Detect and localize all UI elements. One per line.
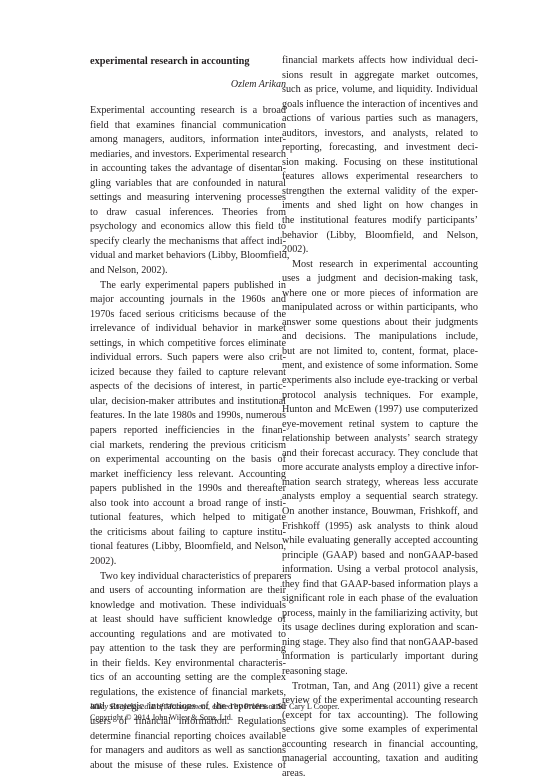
text-line: protocol analysis techniques. For exampl… — [282, 389, 478, 404]
text-line: mediaries, and investors. Experimental r… — [90, 148, 286, 163]
text-line: process, mainly in the familiarizing act… — [282, 607, 478, 622]
text-line: sion making. Focusing on these instituti… — [282, 156, 478, 171]
text-line: principle (GAAP) based and nonGAAP-based — [282, 549, 478, 564]
entry-title: experimental research in accounting — [90, 54, 286, 69]
text-line: such as price, volume, and liquidity. In… — [282, 83, 478, 98]
text-line: information. Using a verbal protocol ana… — [282, 563, 478, 578]
left-column: experimental research in accounting Ozle… — [90, 54, 286, 773]
text-line: features. In the late 1980s and 1990s, n… — [90, 409, 286, 424]
text-line: and Nelson, 2002). — [90, 264, 286, 279]
text-line: and their forecast accuracy. They conclu… — [282, 447, 478, 462]
text-line: icized because they failed to capture re… — [90, 366, 286, 381]
right-column: financial markets affects how individual… — [282, 54, 478, 777]
text-line: determine financial reporting choices av… — [90, 730, 286, 745]
text-line: to draw casual inferences. Theories from — [90, 206, 286, 221]
text-line: cial markets, rendering the previous cri… — [90, 439, 286, 454]
text-line: actions of various parties such as manag… — [282, 112, 478, 127]
text-line: tics of an accounting setting are the co… — [90, 671, 286, 686]
text-line: accounting regulations and are motivated… — [90, 628, 286, 643]
text-line: significant role in each phase of the ev… — [282, 592, 478, 607]
text-line: in accounting takes the advantage of dis… — [90, 162, 286, 177]
text-line: mation search strategy, whereas less acc… — [282, 476, 478, 491]
text-line: also took into account a broad range of … — [90, 497, 286, 512]
text-line: settings, in which competitive forces el… — [90, 337, 286, 352]
text-line: managerial accounting, taxation and audi… — [282, 752, 478, 767]
author-name: Ozlem Arikan — [90, 77, 286, 92]
text-line: eye-movement retinal system to capture t… — [282, 418, 478, 433]
text-line: analysts employ a sequential search stra… — [282, 490, 478, 505]
text-line: but are not limited to, content, format,… — [282, 345, 478, 360]
text-line: regulations, the existence of financial … — [90, 686, 286, 701]
text-line: vidual and market behaviors (Libby, Bloo… — [90, 249, 286, 264]
text-line: for managers and auditors as well as san… — [90, 744, 286, 759]
text-line: where one or more pieces of information … — [282, 287, 478, 302]
text-line: at least should have sufficient knowledg… — [90, 613, 286, 628]
copyright-notice: Copyright © 2014 John Wiley & Sons, Ltd. — [90, 712, 339, 723]
text-line: about the misuse of these rules. Existen… — [90, 759, 286, 774]
text-line: psychology and economics allow this fiel… — [90, 220, 286, 235]
text-line: individual errors. Such papers were also… — [90, 351, 286, 366]
text-line: and users of accounting information are … — [90, 584, 286, 599]
text-line: Experimental accounting research is a br… — [90, 104, 286, 119]
text-line: features allows experimental researchers… — [282, 170, 478, 185]
text-line: strengthen the external validity of the … — [282, 185, 478, 200]
text-line: ment, and existence of some information.… — [282, 359, 478, 374]
text-line: experiments also include eye-tracking or… — [282, 374, 478, 389]
text-line: On another instance, Bouwman, Frishkoff,… — [282, 505, 478, 520]
text-line: its usage declines during exploration an… — [282, 621, 478, 636]
text-line: tutional features, which helped to mitig… — [90, 511, 286, 526]
text-line: among managers, auditors, information in… — [90, 133, 286, 148]
text-line: specify clearly the mechanisms that affe… — [90, 235, 286, 250]
text-line: tional features (Libby, Bloomfield, and … — [90, 540, 286, 555]
page-footer: Wiley Encyclopedia of Management, edited… — [90, 701, 339, 723]
text-line: Hunton and McEwen (1997) use computerize… — [282, 403, 478, 418]
text-line: reporting, forecasting, and investment d… — [282, 141, 478, 156]
text-line: auditors, investors, and analysts, relat… — [282, 127, 478, 142]
text-line: areas. — [282, 767, 478, 777]
left-column-body: Experimental accounting research is a br… — [90, 104, 286, 773]
text-line: The early experimental papers published … — [90, 279, 286, 294]
text-line: ular, decision-maker attributes and inst… — [90, 395, 286, 410]
text-line: and decisions. The manipulations include… — [282, 330, 478, 345]
text-line: reasoning stage. — [282, 665, 478, 680]
text-line: 2002). — [90, 555, 286, 570]
text-line: information is particularly important du… — [282, 650, 478, 665]
right-column-body: financial markets affects how individual… — [282, 54, 478, 777]
text-line: irrelevance of individual behavior in ma… — [90, 322, 286, 337]
text-line: 1970s faced serious criticisms because o… — [90, 308, 286, 323]
text-line: behavior (Libby, Bloomfield, and Nelson, — [282, 229, 478, 244]
text-line: 2002). — [282, 243, 478, 258]
text-line: iments and shed light on how changes in — [282, 199, 478, 214]
text-line: gling variables that are confounded in n… — [90, 177, 286, 192]
text-line: manipulated across or within participant… — [282, 301, 478, 316]
text-line: settings and measuring intervening proce… — [90, 191, 286, 206]
text-line: aspects of the decisions of interest, in… — [90, 380, 286, 395]
text-line: the institutional features modify partic… — [282, 214, 478, 229]
text-line: papers reported inefficiencies in the fi… — [90, 424, 286, 439]
text-line: Frishkoff (1995) ask analysts to think a… — [282, 520, 478, 535]
text-line: field that examines financial communicat… — [90, 119, 286, 134]
text-line: they find that GAAP-based information pl… — [282, 578, 478, 593]
text-line: Trotman, Tan, and Ang (2011) give a rece… — [282, 680, 478, 695]
text-line: the criticisms about failing to capture … — [90, 526, 286, 541]
text-line: more accurate analysts employ a directiv… — [282, 461, 478, 476]
text-line: pay attention to the task they are perfo… — [90, 642, 286, 657]
text-line: sections give some examples of experimen… — [282, 723, 478, 738]
text-line: major accounting journals in the 1960s a… — [90, 293, 286, 308]
text-line: knowledge and motivation. These individu… — [90, 599, 286, 614]
footer-citation: Wiley Encyclopedia of Management, edited… — [90, 701, 339, 712]
text-line: uses a judgment and decision-making task… — [282, 272, 478, 287]
text-line: goals influence the interaction of incen… — [282, 98, 478, 113]
publication-title: Wiley Encyclopedia of Management — [90, 702, 208, 711]
text-line: answer some questions about their judgme… — [282, 316, 478, 331]
editor-text: , edited by Professor Sir Cary L Cooper. — [208, 702, 339, 711]
text-line: accounting research in financial account… — [282, 738, 478, 753]
text-line: Most research in experimental accounting — [282, 258, 478, 273]
text-line: in their fields. Key environmental chara… — [90, 657, 286, 672]
text-line: relationship between analysts’ search st… — [282, 432, 478, 447]
text-line: financial markets affects how individual… — [282, 54, 478, 69]
text-line: ning stage. They also find that nonGAAP-… — [282, 636, 478, 651]
text-line: on experimental accounting on the basis … — [90, 453, 286, 468]
text-line: sions result in aggregate market outcome… — [282, 69, 478, 84]
text-line: Two key individual characteristics of pr… — [90, 570, 286, 585]
text-line: papers published in the 1990s and therea… — [90, 482, 286, 497]
document-page: experimental research in accounting Ozle… — [0, 0, 550, 777]
text-line: while evaluating generally accepted acco… — [282, 534, 478, 549]
text-line: market inefficiency less relevant. Accou… — [90, 468, 286, 483]
